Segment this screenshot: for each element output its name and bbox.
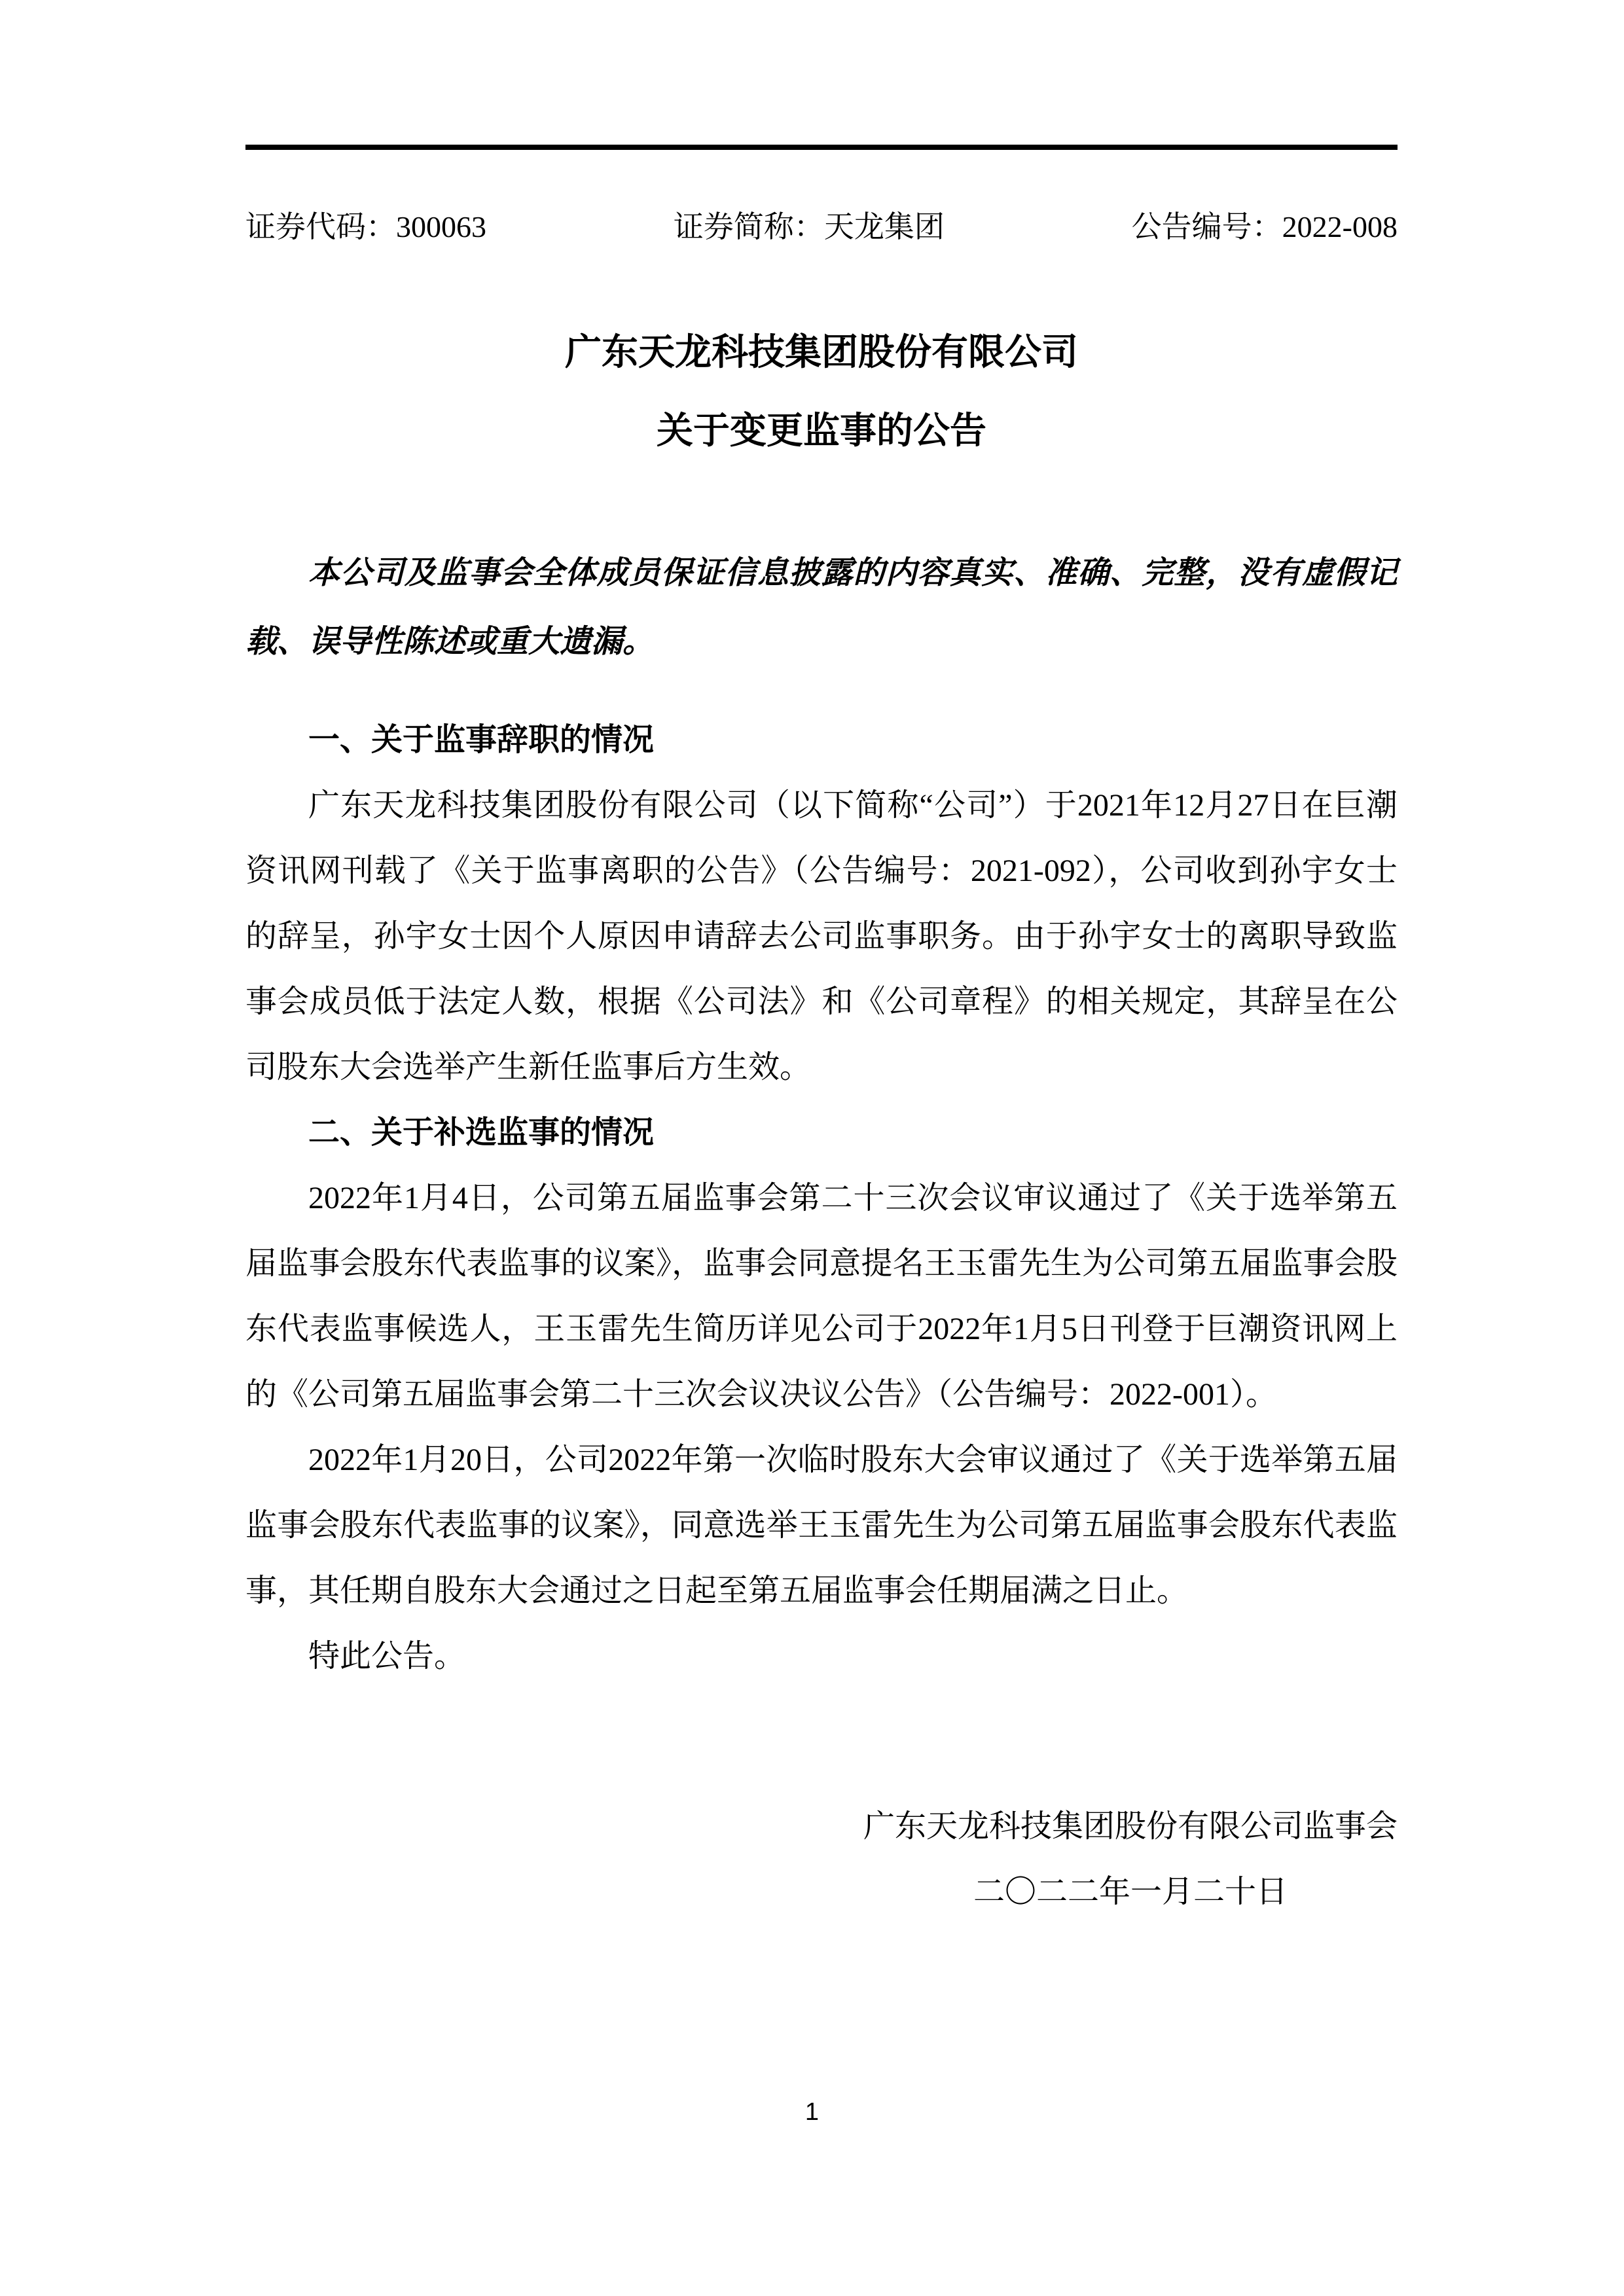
- stock-abbr-label: 证券简称：: [674, 210, 824, 243]
- stock-code: 证券代码：300063: [245, 210, 486, 244]
- disclaimer-text: 本公司及监事会全体成员保证信息披露的内容真实、准确、完整，没有虚假记载、误导性陈…: [245, 539, 1398, 676]
- section-2-heading: 二、关于补选监事的情况: [245, 1100, 1398, 1166]
- stock-code-value: 300063: [396, 210, 486, 243]
- signature-block: 广东天龙科技集团股份有限公司监事会 二〇二二年一月二十日: [863, 1794, 1398, 1925]
- document-subtitle: 关于变更监事的公告: [245, 392, 1398, 471]
- section-1-paragraph-1: 广东天龙科技集团股份有限公司（以下简称“公司”）于2021年12月27日在巨潮资…: [245, 773, 1398, 1100]
- document-page: 证券代码：300063 证券简称：天龙集团 公告编号：2022-008 广东天龙…: [0, 0, 1624, 2296]
- securities-header-row: 证券代码：300063 证券简称：天龙集团 公告编号：2022-008: [245, 210, 1398, 244]
- announcement-no: 公告编号：2022-008: [1132, 210, 1398, 244]
- stock-abbr: 证券简称：天龙集团: [674, 210, 945, 244]
- signature-date: 二〇二二年一月二十日: [863, 1859, 1398, 1925]
- document-title: 广东天龙科技集团股份有限公司: [245, 314, 1398, 392]
- document-title-block: 广东天龙科技集团股份有限公司 关于变更监事的公告: [245, 314, 1398, 471]
- document-body: 本公司及监事会全体成员保证信息披露的内容真实、准确、完整，没有虚假记载、误导性陈…: [245, 539, 1398, 1925]
- section-2-paragraph-1: 2022年1月4日，公司第五届监事会第二十三次会议审议通过了《关于选举第五届监事…: [245, 1166, 1398, 1427]
- stock-abbr-value: 天龙集团: [824, 210, 945, 243]
- signature-company: 广东天龙科技集团股份有限公司监事会: [863, 1794, 1398, 1859]
- section-1-heading: 一、关于监事辞职的情况: [245, 708, 1398, 773]
- document-content: 证券代码：300063 证券简称：天龙集团 公告编号：2022-008 广东天龙…: [245, 0, 1398, 1925]
- signature-area: 广东天龙科技集团股份有限公司监事会 二〇二二年一月二十日: [245, 1794, 1398, 1925]
- announcement-no-label: 公告编号：: [1132, 210, 1282, 243]
- announcement-no-value: 2022-008: [1282, 210, 1398, 243]
- stock-code-label: 证券代码：: [245, 210, 396, 243]
- closing-text: 特此公告。: [245, 1624, 1398, 1689]
- section-2-paragraph-2: 2022年1月20日，公司2022年第一次临时股东大会审议通过了《关于选举第五届…: [245, 1427, 1398, 1624]
- page-number: 1: [0, 2098, 1624, 2126]
- header-rule: [245, 145, 1398, 150]
